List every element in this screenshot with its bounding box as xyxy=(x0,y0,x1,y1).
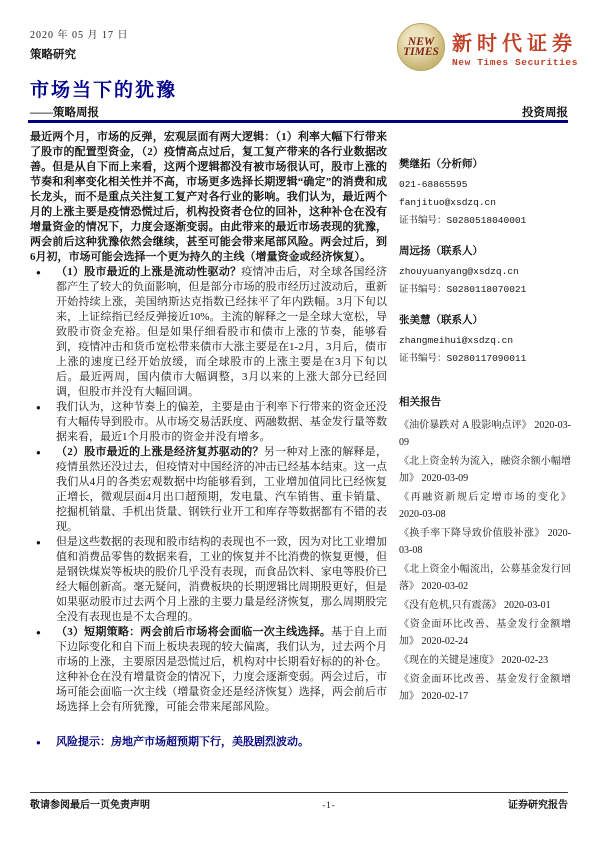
report-title: 《没有危机,只有震荡》 xyxy=(399,600,502,611)
report-category: 策略研究 xyxy=(30,46,129,62)
related-report: 《换手率下降导致价值股补涨》 2020-03-08 xyxy=(399,525,571,559)
related-report: 《现在的关键是速度》 2020-02-23 xyxy=(399,652,571,669)
brand-text: 新时代证券 New Times Securities xyxy=(452,27,578,68)
sidebar: 樊继拓（分析师） 021-68865595 fanjituo@xsdzq.cn … xyxy=(399,156,571,707)
bullet-icon: ● xyxy=(36,445,41,460)
bullet-item: ● （3）短期策略：两会前后市场将会面临一次主线选择。基于自上而下边际变化和自下… xyxy=(30,625,387,715)
report-date: 2020-02-17 xyxy=(422,691,469,702)
contact-block: 周远扬（联系人） zhouyuanyang@xsdzq.cn 证书编号：S028… xyxy=(399,243,571,299)
bullet-text: 另一种对上涨的解释是，疫情虽然还没过去，但疫情对中国经济的冲击已经基本结束。这一… xyxy=(56,446,387,533)
brand-name-en: New Times Securities xyxy=(452,57,578,68)
risk-warning: ● 风险提示：房地产市场超预期下行，美股剧烈波动。 xyxy=(30,735,387,750)
related-report: 《没有危机,只有震荡》 2020-03-01 xyxy=(399,597,571,614)
report-title: 《换手率下降导致价值股补涨》 xyxy=(399,528,545,539)
bullet-item: ● （2）股市最近的上涨是经济复苏驱动的？另一种对上涨的解释是，疫情虽然还没过去… xyxy=(30,445,387,535)
contact-email: zhouyuanyang@xsdzq.cn xyxy=(399,263,571,281)
contact-block: 张美慧（联系人） zhangmeihui@xsdzq.cn 证书编号：S0280… xyxy=(399,312,571,368)
bullet-icon: ● xyxy=(36,625,41,640)
contact-cert-number: 证书编号：S0280118070021 xyxy=(399,281,571,299)
report-date: 2020-03-02 xyxy=(422,581,469,592)
page-title: 市场当下的犹豫 xyxy=(30,75,177,102)
bullet-icon: ● xyxy=(36,265,41,280)
logo-text-bottom: TIMES xyxy=(403,47,439,58)
related-report: 《北上资金小幅流出，公募基金发行回落》 2020-03-02 xyxy=(399,561,571,595)
bullet-lead: （1）股市最近的上涨是流动性驱动？ xyxy=(56,266,241,278)
related-reports-heading: 相关报告 xyxy=(399,394,571,412)
bullet-text: 疫情冲击后，对全球各国经济都产生了较大的负面影响，但是部分市场的股市经历过波动后… xyxy=(56,266,387,398)
report-series-label: 证券研究报告 xyxy=(508,796,568,811)
bullet-item: ● 但是这些数据的表现和股市结构的表现也不一致，因为对比工业增加值和消费品零售的… xyxy=(30,535,387,625)
footer: 敬请参阅最后一页免责声明 -1- 证券研究报告 xyxy=(30,796,568,811)
header-left: 2020 年 05 月 17 日 策略研究 xyxy=(30,26,129,62)
report-page: 2020 年 05 月 17 日 策略研究 NEW TIMES 新时代证券 Ne… xyxy=(0,0,595,842)
related-report: 《油价暴跌对 A 股影响点评》 2020-03-09 xyxy=(399,417,571,451)
report-title: 《再融资新规后定增市场的变化》 xyxy=(399,492,571,503)
footer-divider xyxy=(30,792,568,793)
report-date: 2020-03-01 xyxy=(504,600,551,611)
report-date: 2020 年 05 月 17 日 xyxy=(30,26,129,41)
report-date: 2020-02-23 xyxy=(502,655,549,666)
analyst-phone: 021-68865595 xyxy=(399,176,571,194)
bullet-icon: ● xyxy=(36,535,41,550)
report-date: 2020-02-24 xyxy=(422,636,469,647)
contact-name: 张美慧（联系人） xyxy=(399,312,571,330)
subtitle-row: ——策略周报 投资周报 xyxy=(30,104,568,120)
contact-name: 周远扬（联系人） xyxy=(399,243,571,261)
bullet-lead: （2）股市最近的上涨是经济复苏驱动的？ xyxy=(56,446,264,458)
related-report: 《资金面环比改善、基金发行金额增加》 2020-02-17 xyxy=(399,671,571,705)
bullet-lead: （3）短期策略：两会前后市场将会面临一次主线选择。 xyxy=(56,626,331,638)
related-report: 《再融资新规后定增市场的变化》 2020-03-08 xyxy=(399,489,571,523)
bullet-list: ● （1）股市最近的上涨是流动性驱动？疫情冲击后，对全球各国经济都产生了较大的负… xyxy=(30,265,387,750)
related-report: 《北上资金转为流入，融资余额小幅增加》 2020-03-09 xyxy=(399,453,571,487)
contact-cert-number: 证书编号：S0280117090011 xyxy=(399,350,571,368)
risk-text: 风险提示：房地产市场超预期下行，美股剧烈波动。 xyxy=(56,736,309,748)
analyst-name: 樊继拓（分析师） xyxy=(399,156,571,174)
report-title: 《油价暴跌对 A 股影响点评》 xyxy=(399,420,532,431)
report-type-label: 投资周报 xyxy=(522,104,568,120)
header-divider xyxy=(28,120,568,123)
brand-logo: NEW TIMES 新时代证券 New Times Securities xyxy=(397,23,578,71)
bullet-text: 基于自上而下边际变化和自下而上板块表现的较大偏离，我们认为，过去两个月市场的上涨… xyxy=(56,626,387,713)
bullet-item: ● 我们认为，这种节奏上的偏差，主要是由于利率下行带来的资金还没有大幅传导到股市… xyxy=(30,400,387,445)
newtimes-logo-icon: NEW TIMES xyxy=(397,23,445,71)
report-date: 2020-03-08 xyxy=(399,509,446,520)
bullet-item: ● （1）股市最近的上涨是流动性驱动？疫情冲击后，对全球各国经济都产生了较大的负… xyxy=(30,265,387,400)
bullet-icon: ● xyxy=(36,400,41,415)
contact-email: zhangmeihui@xsdzq.cn xyxy=(399,332,571,350)
main-content: 最近两个月，市场的反弹，宏观层面有两大逻辑：（1）利率大幅下行带来了股市的配置型… xyxy=(30,130,387,750)
related-report: 《资金面环比改善、基金发行金额增加》 2020-02-24 xyxy=(399,616,571,650)
report-date: 2020-03-09 xyxy=(422,473,469,484)
disclaimer-note: 敬请参阅最后一页免责声明 xyxy=(30,796,150,811)
bullet-text: 但是这些数据的表现和股市结构的表现也不一致，因为对比工业增加值和消费品零售的数据… xyxy=(56,536,387,623)
related-reports-list: 《油价暴跌对 A 股影响点评》 2020-03-09 《北上资金转为流入，融资余… xyxy=(399,417,571,705)
report-subtitle: ——策略周报 xyxy=(30,104,99,120)
bullet-text: 我们认为，这种节奏上的偏差，主要是由于利率下行带来的资金还没有大幅传导到股市。从… xyxy=(56,401,387,443)
report-title: 《现在的关键是速度》 xyxy=(399,655,499,666)
analyst-block: 樊继拓（分析师） 021-68865595 fanjituo@xsdzq.cn … xyxy=(399,156,571,230)
summary-paragraph: 最近两个月，市场的反弹，宏观层面有两大逻辑：（1）利率大幅下行带来了股市的配置型… xyxy=(30,130,387,265)
analyst-cert-number: 证书编号：S0280518040001 xyxy=(399,212,571,230)
analyst-email: fanjituo@xsdzq.cn xyxy=(399,194,571,212)
bullet-icon: ● xyxy=(36,735,41,750)
page-number: -1- xyxy=(322,800,336,810)
brand-name-cn: 新时代证券 xyxy=(452,27,578,56)
